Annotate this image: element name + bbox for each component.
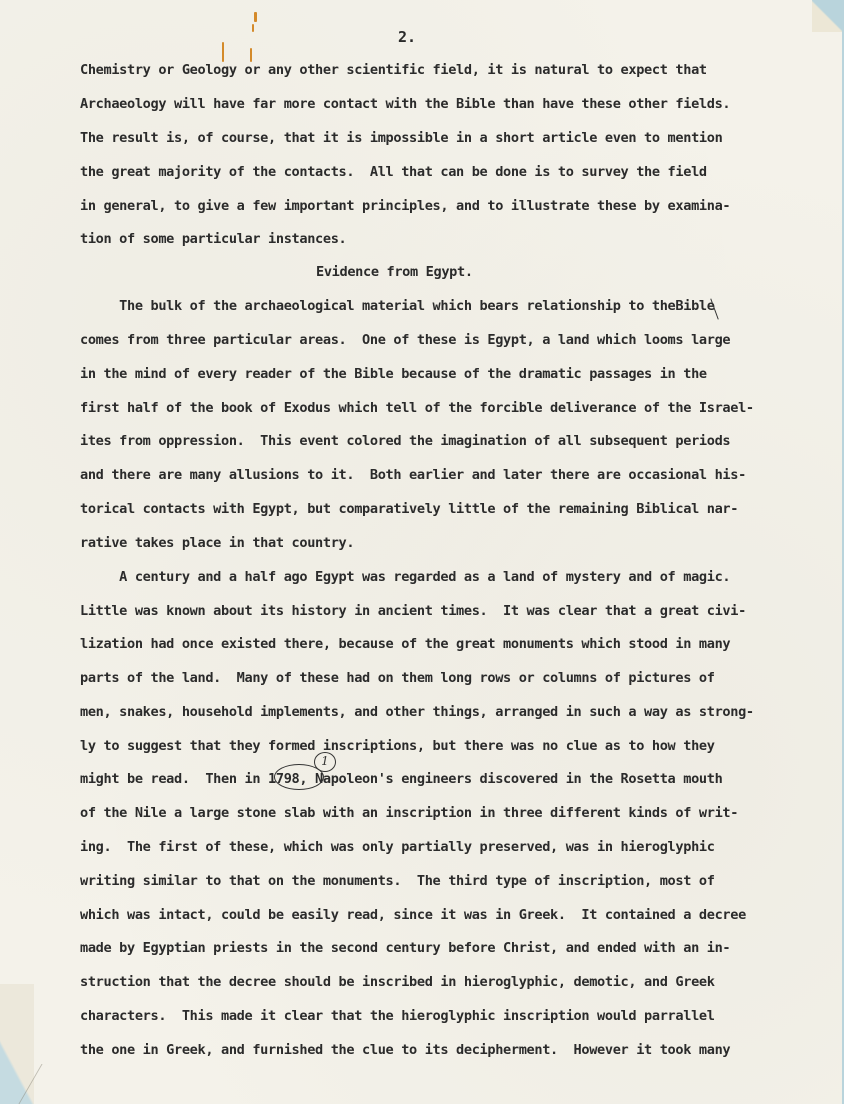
fold-crease [0, 1064, 43, 1104]
text-line: men, snakes, household implements, and o… [80, 704, 754, 720]
text-line: which was intact, could be easily read, … [80, 907, 746, 923]
text-line: rative takes place in that country. [80, 535, 354, 551]
text-line: ing. The first of these, which was only … [80, 839, 715, 855]
text-line: The bulk of the archaeological material … [80, 298, 715, 314]
folded-corner-bottom-left [0, 984, 34, 1104]
text-line: writing similar to that on the monuments… [80, 873, 715, 889]
text-line: comes from three particular areas. One o… [80, 332, 730, 348]
rust-stain [254, 12, 257, 22]
text-line: lization had once existed there, because… [80, 636, 730, 652]
text-line: in the mind of every reader of the Bible… [80, 366, 707, 382]
text-line: The result is, of course, that it is imp… [80, 130, 722, 146]
page-number: 2. [398, 28, 416, 46]
text-line: torical contacts with Egypt, but compara… [80, 501, 738, 517]
text-line: first half of the book of Exodus which t… [80, 400, 754, 416]
text-line: Chemistry or Geology or any other scient… [80, 62, 707, 78]
text-line: and there are many allusions to it. Both… [80, 467, 746, 483]
rust-stain [250, 48, 252, 62]
text-line: the great majority of the contacts. All … [80, 164, 707, 180]
text-line: might be read. Then in 1798, Napoleon's … [80, 771, 722, 787]
handwritten-footnote-marker: 1 [314, 752, 336, 772]
text-line: struction that the decree should be insc… [80, 974, 715, 990]
rust-stain [252, 24, 254, 32]
text-line: made by Egyptian priests in the second c… [80, 940, 730, 956]
text-line: parts of the land. Many of these had on … [80, 670, 715, 686]
text-line: Little was known about its history in an… [80, 603, 746, 619]
rust-stain [222, 42, 224, 62]
text-line: tion of some particular instances. [80, 231, 346, 247]
text-line: of the Nile a large stone slab with an i… [80, 805, 738, 821]
text-line: Archaeology will have far more contact w… [80, 96, 730, 112]
text-line: ites from oppression. This event colored… [80, 433, 730, 449]
typewritten-page: 2. Chemistry or Geology or any other sci… [0, 0, 842, 1104]
text-line: ly to suggest that they formed inscripti… [80, 738, 715, 754]
text-line: A century and a half ago Egypt was regar… [80, 569, 730, 585]
section-heading: Evidence from Egypt. [316, 264, 473, 280]
folded-corner-top-right [812, 0, 842, 32]
text-line: in general, to give a few important prin… [80, 198, 730, 214]
text-line: the one in Greek, and furnished the clue… [80, 1042, 730, 1058]
text-line: characters. This made it clear that the … [80, 1008, 715, 1024]
